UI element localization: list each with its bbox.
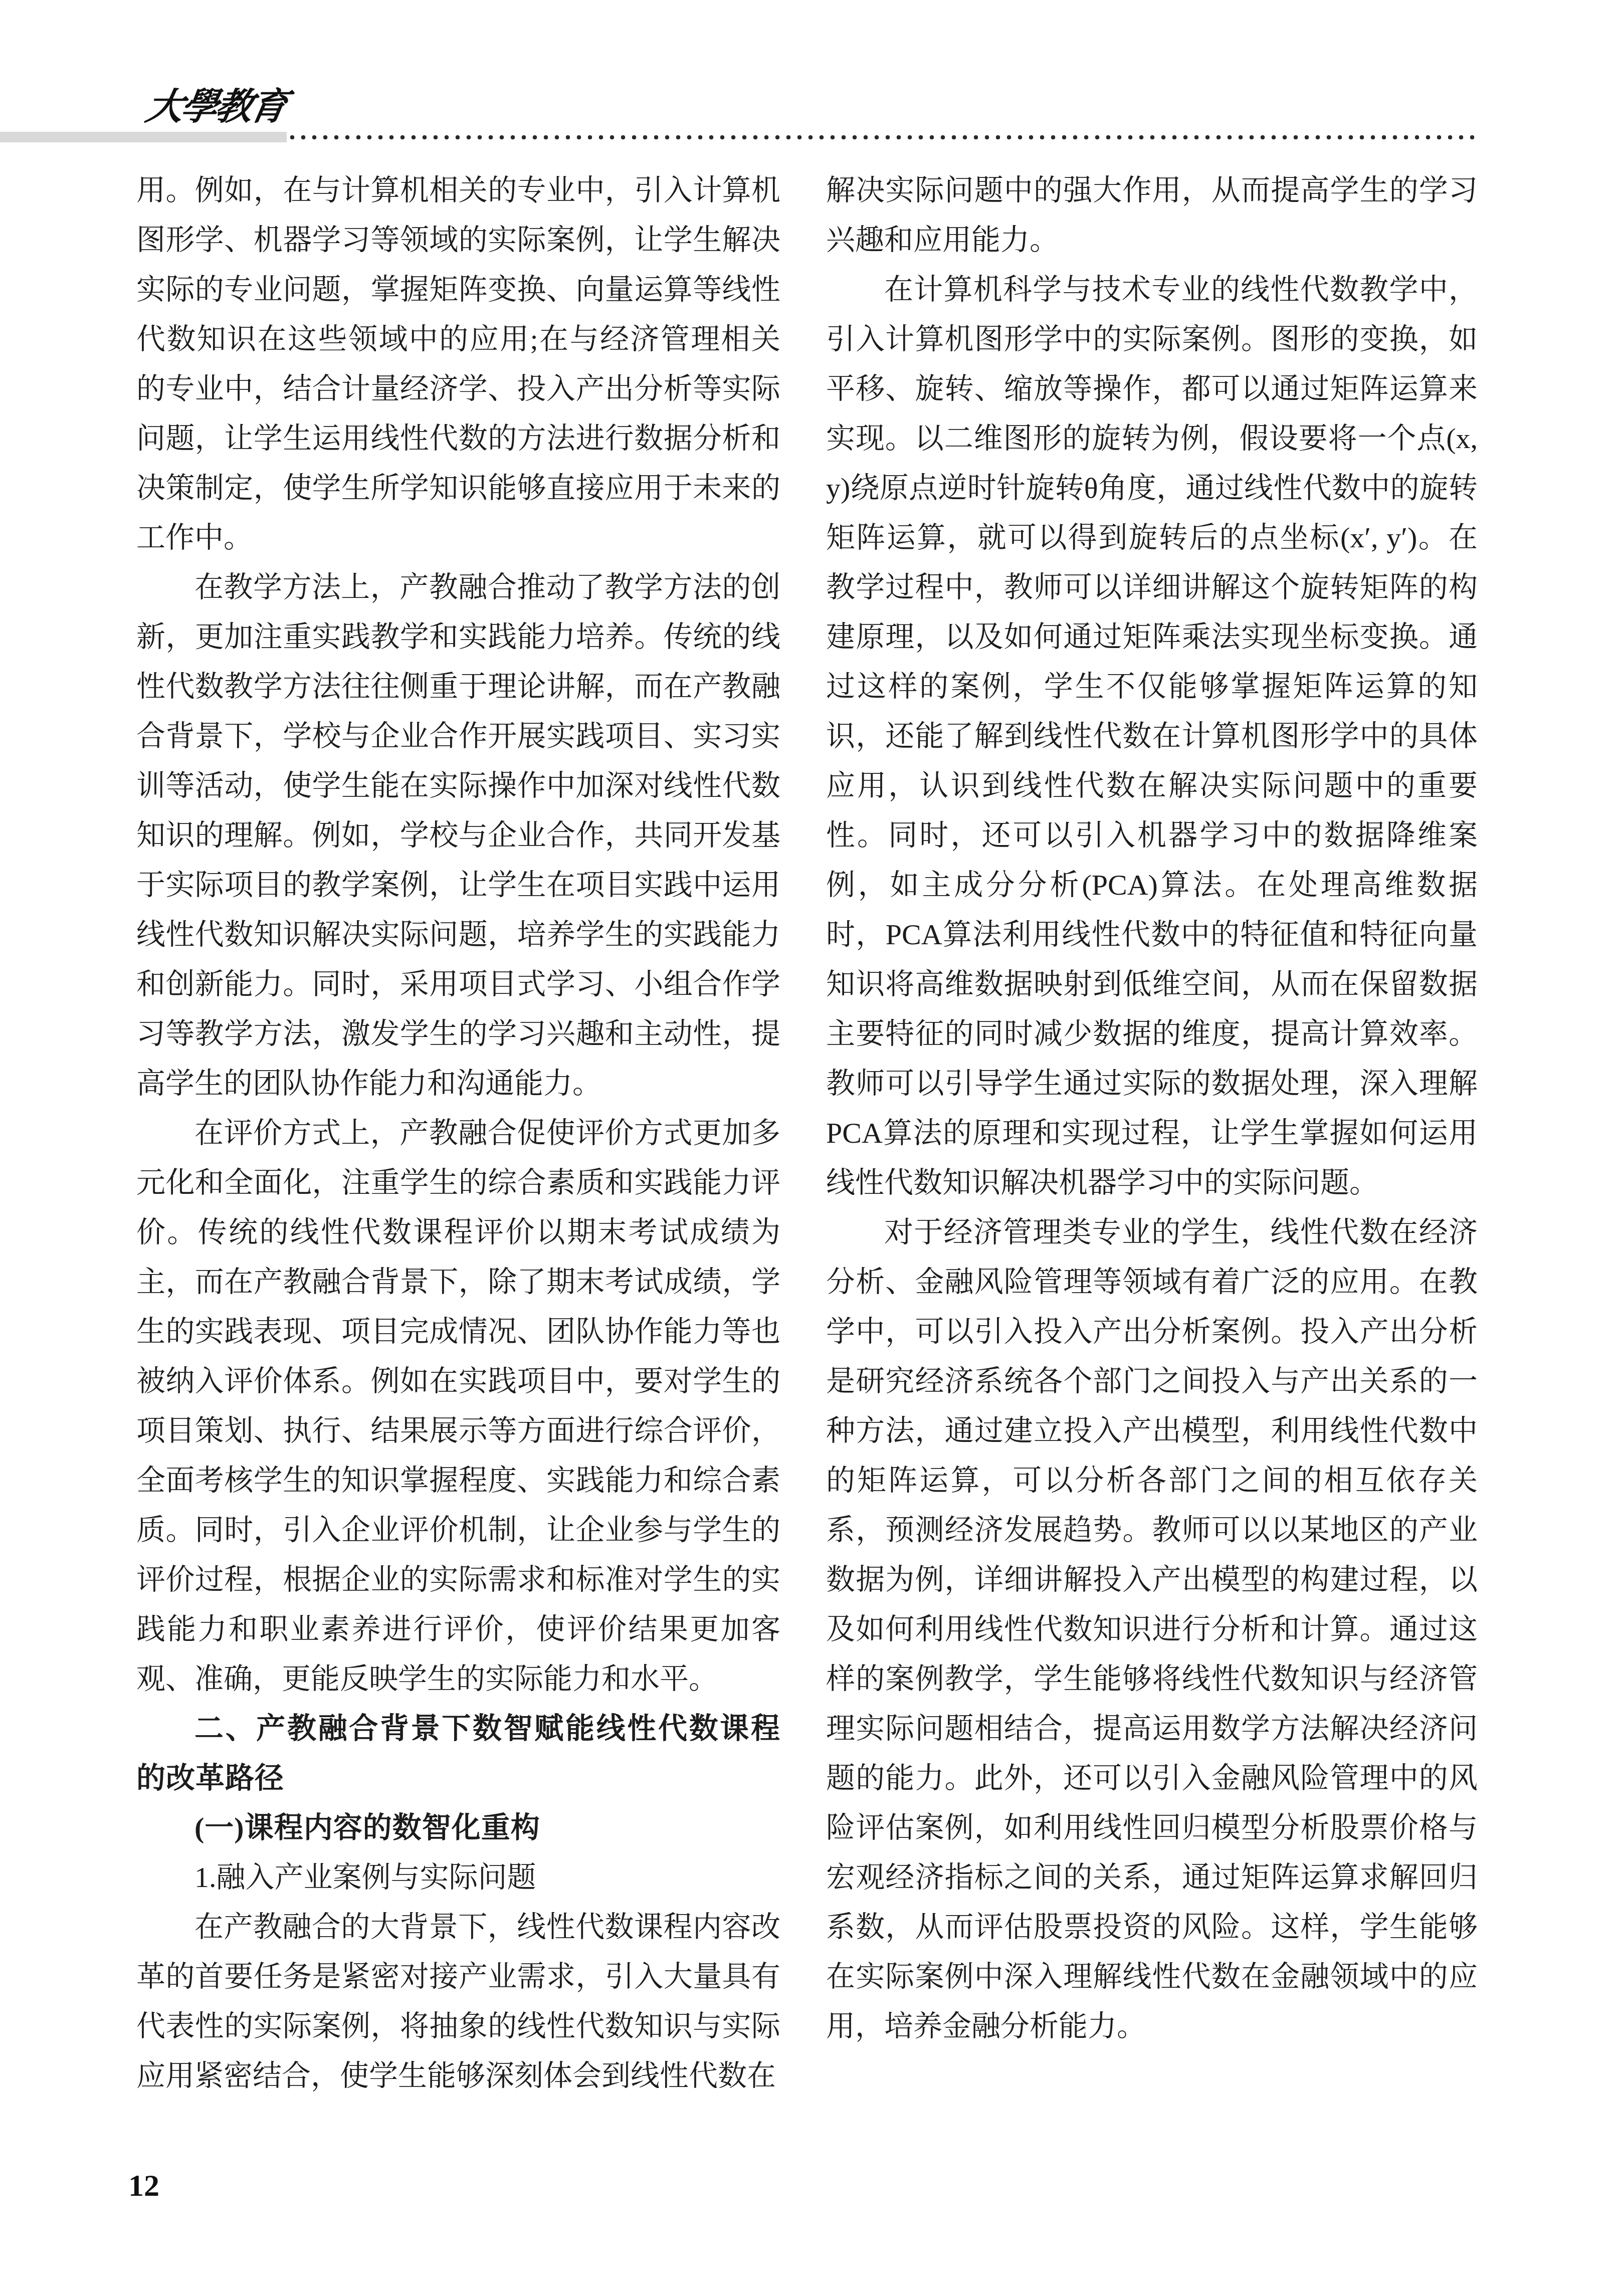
- masthead-accent-bar: [0, 132, 287, 142]
- paragraph-teaching-methods: 在教学方法上，产教融合推动了教学方法的创新，更加注重实践教学和实践能力培养。传统…: [136, 562, 780, 1108]
- paragraph-computer-science-case: 在计算机科学与技术专业的线性代数教学中，引入计算机图形学中的实际案例。图形的变换…: [826, 265, 1478, 1207]
- paragraph-continuation-application: 用。例如，在与计算机相关的专业中，引入计算机图形学、机器学习等领域的实际案例，让…: [136, 165, 780, 562]
- paragraph-evaluation: 在评价方式上，产教融合促使评价方式更加多元化和全面化，注重学生的综合素质和实践能…: [136, 1108, 780, 1704]
- item-heading-1: 1.融入产业案例与实际问题: [136, 1852, 780, 1902]
- journal-logo: 大學教育: [142, 84, 301, 130]
- journal-page: 大學教育 用。例如，在与计算机相关的专业中，引入计算机图形学、机器学习等领域的实…: [0, 0, 1614, 2296]
- page-number: 12: [128, 2168, 159, 2204]
- section-heading-2: 二、产教融合背景下数智赋能线性代数课程的改革路径: [136, 1704, 780, 1803]
- left-column: 用。例如，在与计算机相关的专业中，引入计算机图形学、机器学习等领域的实际案例，让…: [136, 165, 780, 2101]
- subsection-heading-2-1: (一)课程内容的数智化重构: [136, 1803, 780, 1852]
- masthead-dotted-rule: [290, 134, 1476, 140]
- right-column: 解决实际问题中的强大作用，从而提高学生的学习兴趣和应用能力。 在计算机科学与技术…: [826, 165, 1478, 2051]
- paragraph-economics-case: 对于经济管理类专业的学生，线性代数在经济分析、金融风险管理等领域有着广泛的应用。…: [826, 1207, 1478, 2051]
- paragraph-continuation-interest: 解决实际问题中的强大作用，从而提高学生的学习兴趣和应用能力。: [826, 165, 1478, 265]
- paragraph-reform-intro: 在产教融合的大背景下，线性代数课程内容改革的首要任务是紧密对接产业需求，引入大量…: [136, 1902, 780, 2101]
